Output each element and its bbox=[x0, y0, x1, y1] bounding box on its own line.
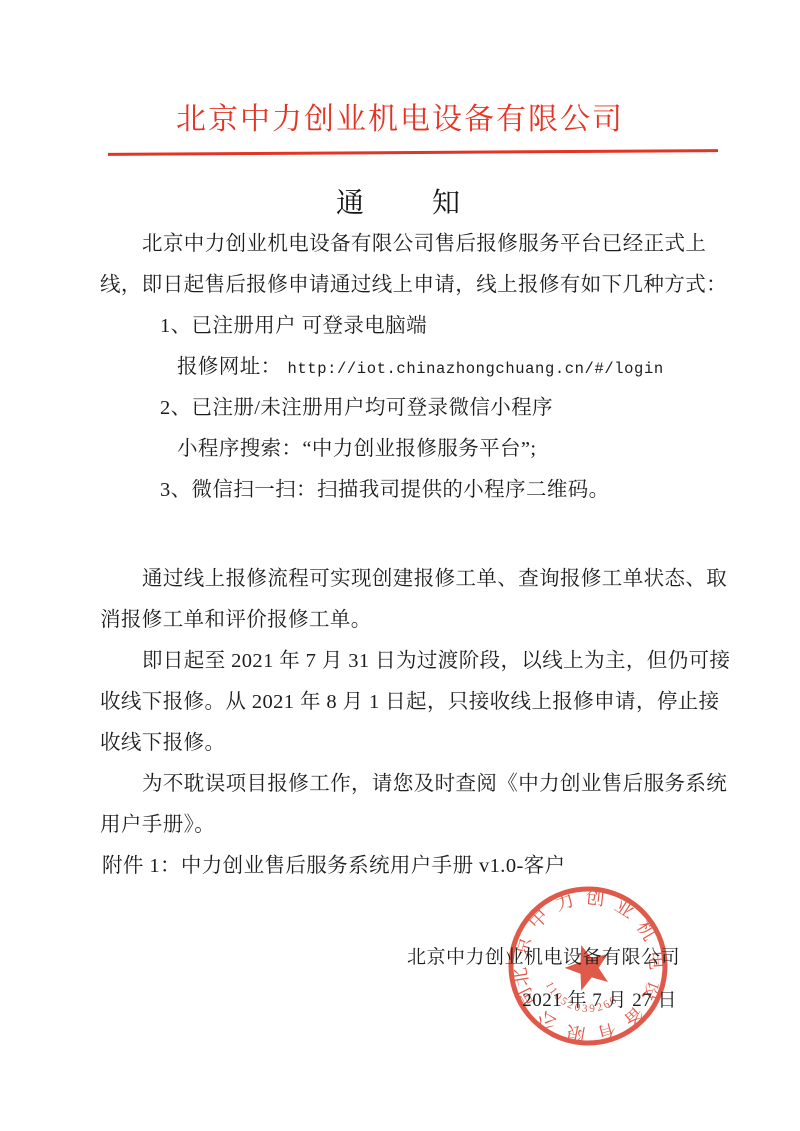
body-line: 收线下报修。 bbox=[100, 723, 700, 764]
letterhead-rule bbox=[108, 149, 718, 156]
spacer bbox=[100, 511, 700, 559]
body-line: 为不耽误项目报修工作，请您及时查阅《中力创业售后服务系统 bbox=[100, 764, 700, 805]
list-item-2-sub: 小程序搜索：“中力创业报修服务平台”; bbox=[100, 429, 700, 470]
notice-title: 通 知 bbox=[0, 181, 800, 221]
body-line: 线，即日起售后报修申请通过线上申请，线上报修有如下几种方式： bbox=[100, 265, 700, 306]
repair-url-label: 报修网址： bbox=[177, 356, 282, 378]
body-line: 消报修工单和评价报修工单。 bbox=[100, 600, 700, 641]
signature-company: 北京中力创业机电设备有限公司 bbox=[100, 936, 700, 979]
repair-url-line: 报修网址：http://iot.chinazhongchuang.cn/#/lo… bbox=[100, 347, 700, 388]
body-line: 用户手册》。 bbox=[100, 805, 700, 846]
document-page: 北京中力创业机电设备有限公司 通 知 北京中力创业机电设备有限公司售后报修服务平… bbox=[0, 0, 800, 1131]
notice-body: 北京中力创业机电设备有限公司售后报修服务平台已经正式上 线，即日起售后报修申请通… bbox=[100, 224, 700, 1022]
spacer bbox=[100, 887, 700, 936]
body-line: 即日起至 2021 年 7 月 31 日为过渡阶段，以线上为主，但仍可接 bbox=[100, 641, 700, 682]
signature-date: 2021 年 7 月 27 日 bbox=[100, 979, 700, 1022]
repair-url: http://iot.chinazhongchuang.cn/#/login bbox=[288, 360, 664, 378]
letterhead-company-title: 北京中力创业机电设备有限公司 bbox=[0, 94, 800, 138]
attachment-note: 附件 1：中力创业售后服务系统用户手册 v1.0-客户 bbox=[100, 846, 700, 887]
body-line: 北京中力创业机电设备有限公司售后报修服务平台已经正式上 bbox=[100, 224, 700, 265]
list-item-2: 2、已注册/未注册用户均可登录微信小程序 bbox=[100, 388, 700, 429]
list-item-3: 3、微信扫一扫：扫描我司提供的小程序二维码。 bbox=[100, 470, 700, 511]
list-item-1: 1、已注册用户 可登录电脑端 bbox=[100, 306, 700, 347]
body-line: 通过线上报修流程可实现创建报修工单、查询报修工单状态、取 bbox=[100, 559, 700, 600]
body-line: 收线下报修。从 2021 年 8 月 1 日起，只接收线上报修申请，停止接 bbox=[100, 682, 700, 723]
